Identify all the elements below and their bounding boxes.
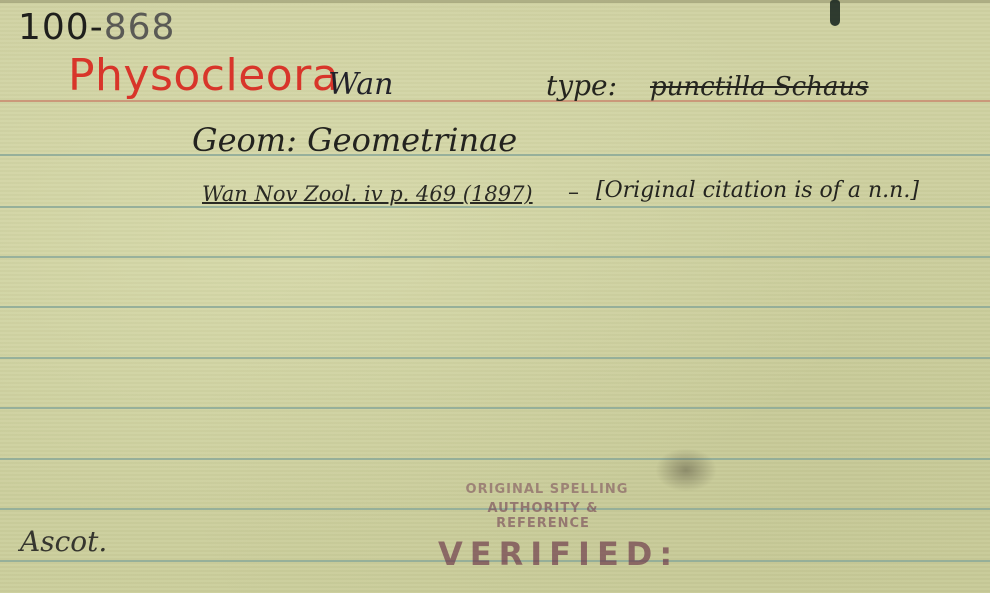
genus-name: Physocleora <box>68 54 339 98</box>
citation-dash: – <box>568 182 579 204</box>
rule-line <box>0 256 990 258</box>
genus-author: Wan <box>328 70 393 100</box>
card-top-edge <box>0 0 990 3</box>
smudge-mark <box>655 448 717 492</box>
stamp-line-2: AUTHORITY & REFERENCE <box>438 501 648 531</box>
verified-stamp: ORIGINAL SPELLING AUTHORITY & REFERENCE … <box>438 482 648 573</box>
ink-blot-mark <box>830 0 840 26</box>
card-number-suffix: 868 <box>104 7 176 48</box>
stamp-line-3: VERIFIED: <box>438 535 648 573</box>
card-number-prefix: 100- <box>18 7 104 48</box>
rule-line <box>0 407 990 409</box>
citation-note: [Original citation is of a n.n.] <box>596 180 919 202</box>
subfamily: Geom: Geometrinae <box>192 124 517 156</box>
stamp-line-1: ORIGINAL SPELLING <box>446 482 648 497</box>
type-species-struck: punctilla Schaus <box>650 74 869 100</box>
rule-line <box>0 206 990 208</box>
citation: Wan Nov Zool. iv p. 469 (1897) <box>202 184 533 205</box>
card-number: 100-868 <box>18 10 175 46</box>
rule-line <box>0 458 990 460</box>
rule-line <box>0 306 990 308</box>
type-label: type: <box>546 72 617 100</box>
rule-line <box>0 357 990 359</box>
index-card: 100-868 Physocleora Wan type: punctilla … <box>0 0 990 593</box>
bottom-initials: Ascot. <box>20 528 107 556</box>
